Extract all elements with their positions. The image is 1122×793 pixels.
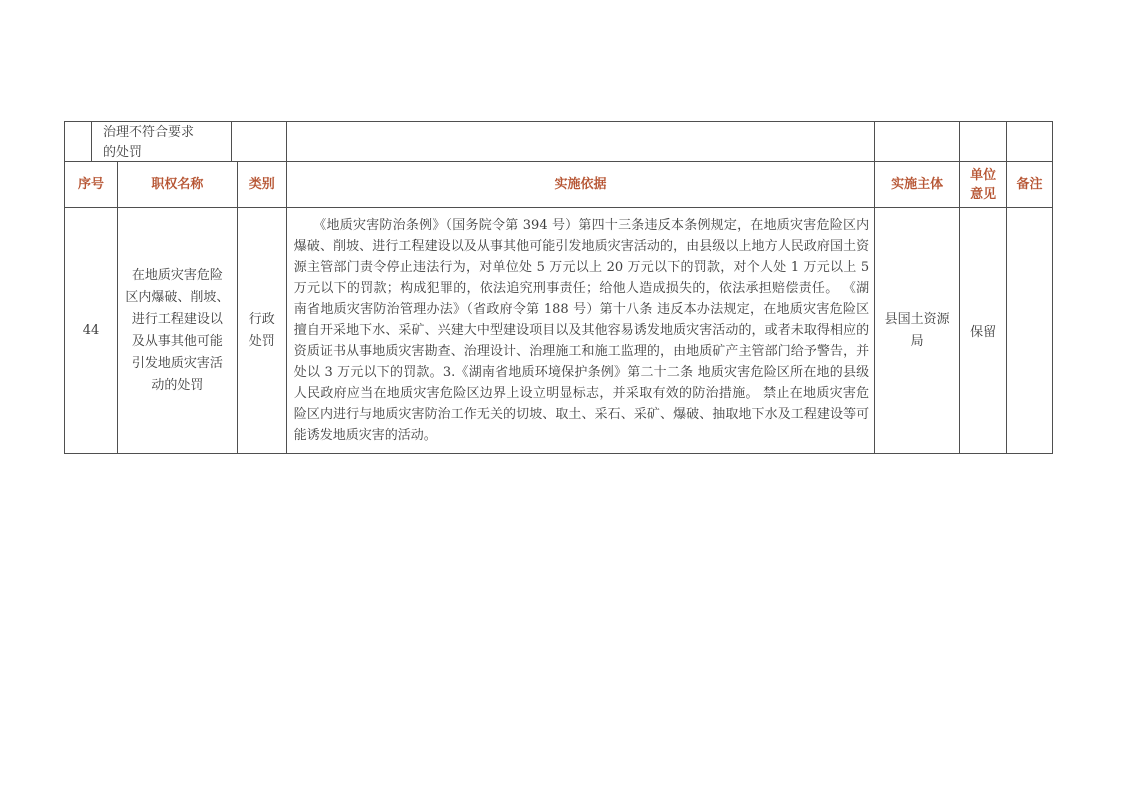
continuation-row: 治理不符合要求 的处罚 (65, 122, 1053, 162)
remark-cell (1007, 208, 1053, 454)
header-seq: 序号 (65, 162, 118, 208)
table-row: 44 在地质灾害危险 区内爆破、削坡、 进行工程建设以 及从事其他可能 引发地质… (65, 208, 1053, 454)
header-subject: 实施主体 (875, 162, 960, 208)
cont-power-name-cell: 治理不符合要求 的处罚 (92, 122, 232, 162)
basis-cell: 《地质灾害防治条例》（国务院令第 394 号）第四十三条违反本条例规定，在地质灾… (287, 208, 875, 454)
basis-text: 《地质灾害防治条例》（国务院令第 394 号）第四十三条违反本条例规定，在地质灾… (294, 215, 869, 446)
cont-opinion-cell (960, 122, 1007, 162)
cont-seq-cell (65, 122, 92, 162)
header-category: 类别 (238, 162, 287, 208)
header-basis: 实施依据 (287, 162, 875, 208)
cont-remark-cell (1007, 122, 1053, 162)
cont-basis-cell (287, 122, 875, 162)
header-power-name: 职权名称 (118, 162, 238, 208)
cont-subject-cell (875, 122, 960, 162)
seq-cell: 44 (65, 208, 118, 454)
powers-table: 治理不符合要求 的处罚 序号 职权名称 类别 实施依据 实施主体 单位 意见 备… (64, 121, 1053, 454)
cont-category-cell (232, 122, 287, 162)
table-header-row: 序号 职权名称 类别 实施依据 实施主体 单位 意见 备注 (65, 162, 1053, 208)
subject-cell: 县国土资源 局 (875, 208, 960, 454)
header-opinion: 单位 意见 (960, 162, 1007, 208)
power-name-cell: 在地质灾害危险 区内爆破、削坡、 进行工程建设以 及从事其他可能 引发地质灾害活… (118, 208, 238, 454)
category-cell: 行政 处罚 (238, 208, 287, 454)
header-remark: 备注 (1007, 162, 1053, 208)
opinion-cell: 保留 (960, 208, 1007, 454)
